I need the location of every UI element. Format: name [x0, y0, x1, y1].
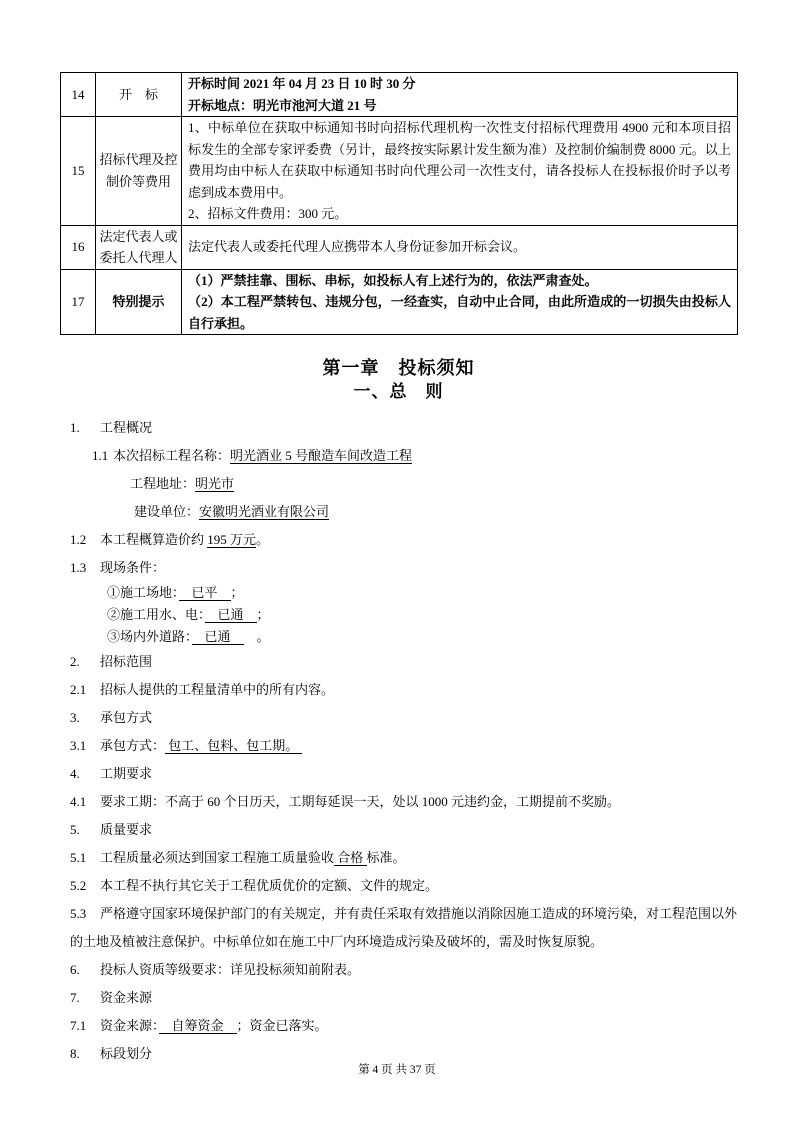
item-number: 1.1: [92, 442, 113, 470]
paragraph: 1.2本工程概算造价约 195 万元。: [60, 526, 737, 554]
underlined-value: 明光市: [195, 476, 234, 492]
row-number: 14: [61, 73, 96, 117]
section-heading: 一、总 则: [60, 380, 737, 403]
text-segment: ；: [231, 585, 244, 600]
text-segment: ③场内外道路：: [107, 629, 192, 644]
item-number: 5.1: [70, 844, 100, 872]
item-number: 5.: [70, 816, 100, 844]
text-segment: 招标人提供的工程量清单中的所有内容。: [100, 682, 334, 697]
chapter-heading: 第一章 投标须知: [60, 356, 737, 380]
item-number: 1.: [70, 414, 100, 442]
row-label: 招标代理及控制价等费用: [96, 117, 182, 226]
row-label: 法定代表人或委托人代理人: [96, 225, 182, 269]
cell-paragraph: （2）本工程严禁转包、违规分包，一经查实，自动中止合同，由此所造成的一切损失由投…: [188, 291, 731, 334]
underlined-value: 自筹资金: [159, 1018, 237, 1034]
table-row: 14开 标开标时间 2021 年 04 月 23 日 10 时 30 分开标地点…: [61, 73, 738, 117]
cell-paragraph: （1）严禁挂靠、围标、串标，如投标人有上述行为的，依法严肃查处。: [188, 270, 731, 292]
paragraph: 5.质量要求: [60, 816, 737, 844]
row-content: （1）严禁挂靠、围标、串标，如投标人有上述行为的，依法严肃查处。（2）本工程严禁…: [182, 269, 738, 335]
notice-table-body: 14开 标开标时间 2021 年 04 月 23 日 10 时 30 分开标地点…: [61, 73, 738, 335]
row-number: 15: [61, 117, 96, 226]
text-segment: 建设单位：: [134, 504, 199, 519]
item-number: 3.: [70, 704, 100, 732]
underlined-value: 合格: [334, 850, 367, 866]
paragraph: ②施工用水、电： 已通 ；: [60, 604, 737, 626]
text-segment: 投标人资质等级要求：详见投标须知前附表。: [100, 962, 360, 977]
cell-paragraph: 开标时间 2021 年 04 月 23 日 10 时 30 分: [188, 73, 731, 95]
item-number: 7.1: [70, 1012, 100, 1040]
table-row: 15招标代理及控制价等费用1、中标单位在获取中标通知书时向招标代理机构一次性支付…: [61, 117, 738, 226]
text-segment: 标准。: [367, 850, 406, 865]
underlined-value: 195 万元: [207, 532, 256, 548]
text-segment: ；资金已落实。: [237, 1018, 328, 1033]
paragraph: 4.1要求工期：不高于 60 个日历天，工期每延误一天，处以 1000 元违约金…: [60, 788, 737, 816]
item-number: 1.2: [70, 526, 100, 554]
cell-paragraph: 2、招标文件费用：300 元。: [188, 203, 731, 225]
text-segment: 资金来源：: [100, 1018, 159, 1033]
table-row: 17特别提示（1）严禁挂靠、围标、串标，如投标人有上述行为的，依法严肃查处。（2…: [61, 269, 738, 335]
paragraph: 5.2本工程不执行其它关于工程优质优价的定额、文件的规定。: [60, 872, 737, 900]
text-segment: 要求工期：不高于 60 个日历天，工期每延误一天，处以 1000 元违约金，工期…: [100, 794, 620, 809]
paragraph: 工程地址：明光市: [60, 470, 737, 498]
clause-list: 1.工程概况1.1本次招标工程名称：明光酒业 5 号酿造车间改造工程工程地址：明…: [60, 414, 737, 1068]
cell-paragraph: 1、中标单位在获取中标通知书时向招标代理机构一次性支付招标代理费用 4900 元…: [188, 117, 731, 203]
row-label: 开 标: [96, 73, 182, 117]
text-segment: 工程概况: [100, 420, 152, 435]
row-content: 开标时间 2021 年 04 月 23 日 10 时 30 分开标地点：明光市池…: [182, 73, 738, 117]
underlined-value: 已通: [205, 607, 257, 623]
text-segment: ；: [257, 607, 270, 622]
paragraph: 3.承包方式: [60, 704, 737, 732]
paragraph: 建设单位：安徽明光酒业有限公司: [60, 498, 737, 526]
item-number: 5.2: [70, 872, 100, 900]
text-segment: 工程地址：: [130, 476, 195, 491]
item-number: 2.1: [70, 676, 100, 704]
item-number: 2.: [70, 648, 100, 676]
cell-paragraph: 法定代表人或委托代理人应携带本人身份证参加开标会议。: [188, 236, 731, 258]
text-segment: 本工程概算造价约: [100, 532, 207, 547]
paragraph: 6.投标人资质等级要求：详见投标须知前附表。: [60, 956, 737, 984]
underlined-value: 已通: [192, 629, 244, 645]
table-row: 16法定代表人或委托人代理人法定代表人或委托代理人应携带本人身份证参加开标会议。: [61, 225, 738, 269]
item-number: 1.3: [70, 554, 100, 582]
paragraph: 5.1工程质量必须达到国家工程施工质量验收 合格 标准。: [60, 844, 737, 872]
document-page: 14开 标开标时间 2021 年 04 月 23 日 10 时 30 分开标地点…: [0, 0, 794, 1123]
paragraph: 3.1承包方式： 包工、包料、包工期。: [60, 732, 737, 760]
item-number: 5.3: [70, 900, 100, 928]
underlined-value: 已平: [179, 585, 231, 601]
row-content: 法定代表人或委托代理人应携带本人身份证参加开标会议。: [182, 225, 738, 269]
row-number: 16: [61, 225, 96, 269]
item-number: 4.1: [70, 788, 100, 816]
cell-paragraph: 开标地点：明光市池河大道 21 号: [188, 95, 731, 117]
paragraph: 7.1资金来源： 自筹资金 ；资金已落实。: [60, 1012, 737, 1040]
text-segment: 标段划分: [100, 1046, 152, 1061]
text-segment: 资金来源: [100, 990, 152, 1005]
item-number: 6.: [70, 956, 100, 984]
underlined-value: 包工、包料、包工期。: [165, 738, 302, 754]
item-number: 7.: [70, 984, 100, 1012]
text-segment: 质量要求: [100, 822, 152, 837]
text-segment: 本次招标工程名称：: [113, 448, 230, 463]
row-label: 特别提示: [96, 269, 182, 335]
text-segment: ①施工场地：: [107, 585, 179, 600]
text-segment: 承包方式: [100, 710, 152, 725]
text-segment: 工期要求: [100, 766, 152, 781]
text-segment: 承包方式：: [100, 738, 165, 753]
text-segment: 。: [244, 629, 270, 644]
row-content: 1、中标单位在获取中标通知书时向招标代理机构一次性支付招标代理费用 4900 元…: [182, 117, 738, 226]
item-number: 4.: [70, 760, 100, 788]
notice-table: 14开 标开标时间 2021 年 04 月 23 日 10 时 30 分开标地点…: [60, 72, 738, 335]
row-number: 17: [61, 269, 96, 335]
underlined-value: 明光酒业 5 号酿造车间改造工程: [230, 448, 412, 464]
paragraph: 5.3严格遵守国家环境保护部门的有关规定，并有责任采取有效措施以消除因施工造成的…: [60, 900, 737, 956]
page-number-footer: 第 4 页 共 37 页: [0, 1061, 794, 1077]
text-segment: 严格遵守国家环境保护部门的有关规定，并有责任采取有效措施以消除因施工造成的环境污…: [70, 906, 737, 949]
text-segment: 工程质量必须达到国家工程施工质量验收: [100, 850, 334, 865]
paragraph: 1.1本次招标工程名称：明光酒业 5 号酿造车间改造工程: [60, 442, 737, 470]
text-segment: 招标范围: [100, 654, 152, 669]
paragraph: ①施工场地： 已平 ；: [60, 582, 737, 604]
paragraph: 1.3现场条件：: [60, 554, 737, 582]
text-segment: 。: [256, 532, 269, 547]
paragraph: 7.资金来源: [60, 984, 737, 1012]
underlined-value: 安徽明光酒业有限公司: [199, 504, 329, 520]
paragraph: 4.工期要求: [60, 760, 737, 788]
paragraph: ③场内外道路： 已通 。: [60, 626, 737, 648]
paragraph: 2.1招标人提供的工程量清单中的所有内容。: [60, 676, 737, 704]
item-number: 3.1: [70, 732, 100, 760]
text-segment: 现场条件：: [100, 560, 165, 575]
paragraph: 2.招标范围: [60, 648, 737, 676]
paragraph: 1.工程概况: [60, 414, 737, 442]
text-segment: ②施工用水、电：: [107, 607, 205, 622]
text-segment: 本工程不执行其它关于工程优质优价的定额、文件的规定。: [100, 878, 438, 893]
